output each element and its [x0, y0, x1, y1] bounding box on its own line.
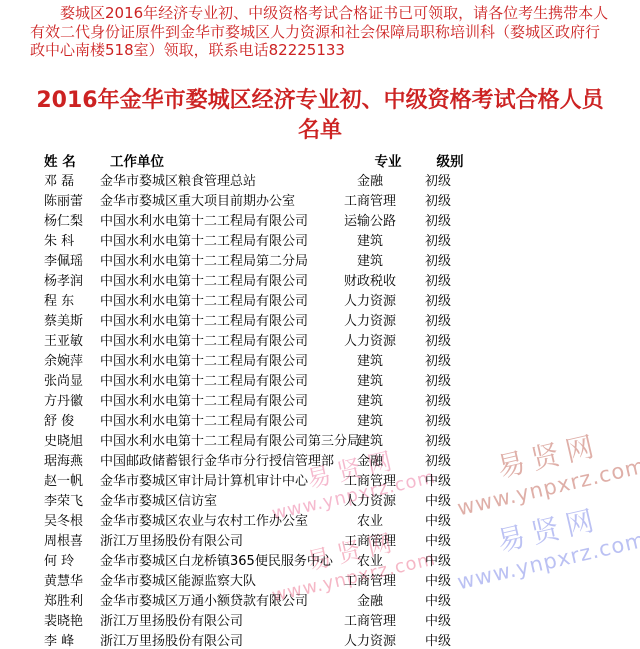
row-major: 建筑	[334, 432, 406, 452]
row-name: 史晓旭	[44, 432, 100, 452]
row-major: 建筑	[334, 392, 406, 412]
row-name: 舒 俊	[44, 412, 100, 432]
row-name: 赵一帆	[44, 472, 100, 492]
row-level: 中级	[406, 512, 470, 532]
row-name: 何 玲	[44, 552, 100, 572]
row-level: 初级	[406, 272, 470, 292]
row-unit: 中国水利水电第十二工程局第二分局	[100, 252, 334, 272]
table-row: 张尚显中国水利水电第十二工程局有限公司建筑初级	[0, 372, 640, 392]
row-name: 李 峰	[44, 632, 100, 649]
table-row: 史晓旭中国水利水电第十二工程局有限公司第三分局建筑初级	[0, 432, 640, 452]
table-row: 程 东中国水利水电第十二工程局有限公司人力资源初级	[0, 292, 640, 312]
table-row: 王亚敏中国水利水电第十二工程局有限公司人力资源初级	[0, 332, 640, 352]
row-name: 黄慧华	[44, 572, 100, 592]
table-row: 舒 俊中国水利水电第十二工程局有限公司建筑初级	[0, 412, 640, 432]
row-major: 工商管理	[334, 192, 406, 212]
row-unit: 浙江万里扬股份有限公司	[100, 612, 334, 632]
row-unit: 中国水利水电第十二工程局有限公司	[100, 232, 334, 252]
table-row: 黄慧华金华市婺城区能源监察大队工商管理中级	[0, 572, 640, 592]
row-major: 建筑	[334, 412, 406, 432]
row-unit: 金华市婺城区信访室	[100, 492, 334, 512]
row-level: 初级	[406, 312, 470, 332]
row-major: 建筑	[334, 252, 406, 272]
table-row: 郑胜利金华市婺城区万通小额贷款有限公司金融中级	[0, 592, 640, 612]
table-row: 裴晓艳浙江万里扬股份有限公司工商管理中级	[0, 612, 640, 632]
row-unit: 金华市婺城区白龙桥镇365便民服务中心	[100, 552, 334, 572]
row-level: 初级	[406, 232, 470, 252]
table-row: 周根喜浙江万里扬股份有限公司工商管理中级	[0, 532, 640, 552]
row-major: 建筑	[334, 352, 406, 372]
row-unit: 金华市婺城区农业与农村工作办公室	[100, 512, 334, 532]
row-major: 工商管理	[334, 612, 406, 632]
row-level: 中级	[406, 492, 470, 512]
row-name: 邓 磊	[44, 172, 100, 192]
table-row: 李佩瑶中国水利水电第十二工程局第二分局建筑初级	[0, 252, 640, 272]
row-unit: 中国水利水电第十二工程局有限公司	[100, 332, 334, 352]
table-header-row: 姓 名 工作单位 专业 级别	[0, 153, 640, 172]
row-name: 李佩瑶	[44, 252, 100, 272]
header-unit: 工作单位	[100, 153, 334, 172]
row-unit: 金华市婺城区能源监察大队	[100, 572, 334, 592]
row-major: 人力资源	[334, 632, 406, 649]
table-row: 余婉萍中国水利水电第十二工程局有限公司建筑初级	[0, 352, 640, 372]
table-row: 邓 磊金华市婺城区粮食管理总站金融初级	[0, 172, 640, 192]
row-unit: 浙江万里扬股份有限公司	[100, 532, 334, 552]
row-name: 方丹徽	[44, 392, 100, 412]
row-name: 朱 科	[44, 232, 100, 252]
row-level: 初级	[406, 372, 470, 392]
document: 婺城区2016年经济专业初、中级资格考试合格证书已可领取，请各位考生携带本人有效…	[0, 4, 640, 649]
row-level: 初级	[406, 292, 470, 312]
page-title-line1: 2016年金华市婺城区经济专业初、中级资格考试合格人员	[0, 86, 640, 116]
row-major: 金融	[334, 592, 406, 612]
row-unit: 中国水利水电第十二工程局有限公司	[100, 212, 334, 232]
row-unit: 金华市婺城区万通小额贷款有限公司	[100, 592, 334, 612]
table-row: 方丹徽中国水利水电第十二工程局有限公司建筑初级	[0, 392, 640, 412]
row-name: 郑胜利	[44, 592, 100, 612]
row-major: 运输公路	[334, 212, 406, 232]
row-name: 杨仁梨	[44, 212, 100, 232]
row-level: 初级	[406, 212, 470, 232]
header-level: 级别	[418, 153, 482, 172]
table-row: 李荣飞金华市婺城区信访室人力资源中级	[0, 492, 640, 512]
row-level: 中级	[406, 612, 470, 632]
row-unit: 金华市婺城区审计局计算机审计中心	[100, 472, 334, 492]
row-name: 陈丽蕾	[44, 192, 100, 212]
table-row: 杨仁梨中国水利水电第十二工程局有限公司运输公路初级	[0, 212, 640, 232]
row-level: 中级	[406, 572, 470, 592]
notice-paragraph: 婺城区2016年经济专业初、中级资格考试合格证书已可领取，请各位考生携带本人有效…	[30, 4, 614, 60]
table-row: 杨孝润中国水利水电第十二工程局有限公司财政税收初级	[0, 272, 640, 292]
table-row: 蔡美斯中国水利水电第十二工程局有限公司人力资源初级	[0, 312, 640, 332]
row-unit: 中国水利水电第十二工程局有限公司	[100, 272, 334, 292]
row-level: 中级	[406, 532, 470, 552]
row-unit: 中国邮政储蓄银行金华市分行授信管理部	[100, 452, 334, 472]
row-major: 建筑	[334, 372, 406, 392]
row-level: 中级	[406, 552, 470, 572]
row-level: 初级	[406, 452, 470, 472]
header-major: 专业	[352, 153, 424, 172]
row-name: 琚海燕	[44, 452, 100, 472]
row-major: 工商管理	[334, 532, 406, 552]
row-level: 初级	[406, 252, 470, 272]
table-row: 吴冬根金华市婺城区农业与农村工作办公室农业中级	[0, 512, 640, 532]
row-level: 中级	[406, 592, 470, 612]
row-major: 金融	[334, 172, 406, 192]
row-name: 李荣飞	[44, 492, 100, 512]
row-level: 初级	[406, 172, 470, 192]
row-major: 农业	[334, 552, 406, 572]
result-table: 姓 名 工作单位 专业 级别 邓 磊金华市婺城区粮食管理总站金融初级陈丽蕾金华市…	[0, 153, 640, 649]
table-rows: 邓 磊金华市婺城区粮食管理总站金融初级陈丽蕾金华市婺城区重大项目前期办公室工商管…	[0, 172, 640, 649]
row-major: 人力资源	[334, 312, 406, 332]
row-level: 中级	[406, 472, 470, 492]
row-level: 初级	[406, 192, 470, 212]
row-level: 初级	[406, 332, 470, 352]
row-unit: 中国水利水电第十二工程局有限公司	[100, 352, 334, 372]
row-name: 吴冬根	[44, 512, 100, 532]
row-unit: 中国水利水电第十二工程局有限公司	[100, 292, 334, 312]
row-name: 裴晓艳	[44, 612, 100, 632]
row-major: 人力资源	[334, 492, 406, 512]
row-unit: 金华市婺城区粮食管理总站	[100, 172, 334, 192]
row-name: 余婉萍	[44, 352, 100, 372]
row-unit: 金华市婺城区重大项目前期办公室	[100, 192, 334, 212]
row-unit: 浙江万里扬股份有限公司	[100, 632, 334, 649]
row-unit: 中国水利水电第十二工程局有限公司	[100, 412, 334, 432]
page-title: 2016年金华市婺城区经济专业初、中级资格考试合格人员 名单	[0, 86, 640, 146]
row-name: 周根喜	[44, 532, 100, 552]
row-name: 蔡美斯	[44, 312, 100, 332]
row-unit: 中国水利水电第十二工程局有限公司第三分局	[100, 432, 334, 452]
row-name: 张尚显	[44, 372, 100, 392]
row-level: 初级	[406, 412, 470, 432]
table-row: 琚海燕中国邮政储蓄银行金华市分行授信管理部金融初级	[0, 452, 640, 472]
row-major: 工商管理	[334, 572, 406, 592]
row-level: 中级	[406, 632, 470, 649]
row-major: 人力资源	[334, 332, 406, 352]
header-name: 姓 名	[44, 153, 100, 172]
table-row: 何 玲金华市婺城区白龙桥镇365便民服务中心农业中级	[0, 552, 640, 572]
row-unit: 中国水利水电第十二工程局有限公司	[100, 392, 334, 412]
table-row: 朱 科中国水利水电第十二工程局有限公司建筑初级	[0, 232, 640, 252]
row-name: 程 东	[44, 292, 100, 312]
table-row: 赵一帆金华市婺城区审计局计算机审计中心工商管理中级	[0, 472, 640, 492]
row-name: 杨孝润	[44, 272, 100, 292]
row-major: 工商管理	[334, 472, 406, 492]
row-major: 建筑	[334, 232, 406, 252]
row-unit: 中国水利水电第十二工程局有限公司	[100, 372, 334, 392]
row-major: 人力资源	[334, 292, 406, 312]
table-row: 陈丽蕾金华市婺城区重大项目前期办公室工商管理初级	[0, 192, 640, 212]
row-major: 金融	[334, 452, 406, 472]
row-level: 初级	[406, 392, 470, 412]
row-level: 初级	[406, 432, 470, 452]
row-unit: 中国水利水电第十二工程局有限公司	[100, 312, 334, 332]
row-major: 财政税收	[334, 272, 406, 292]
row-name: 王亚敏	[44, 332, 100, 352]
table-row: 李 峰浙江万里扬股份有限公司人力资源中级	[0, 632, 640, 649]
page-title-line2: 名单	[0, 116, 640, 146]
row-major: 农业	[334, 512, 406, 532]
row-level: 初级	[406, 352, 470, 372]
